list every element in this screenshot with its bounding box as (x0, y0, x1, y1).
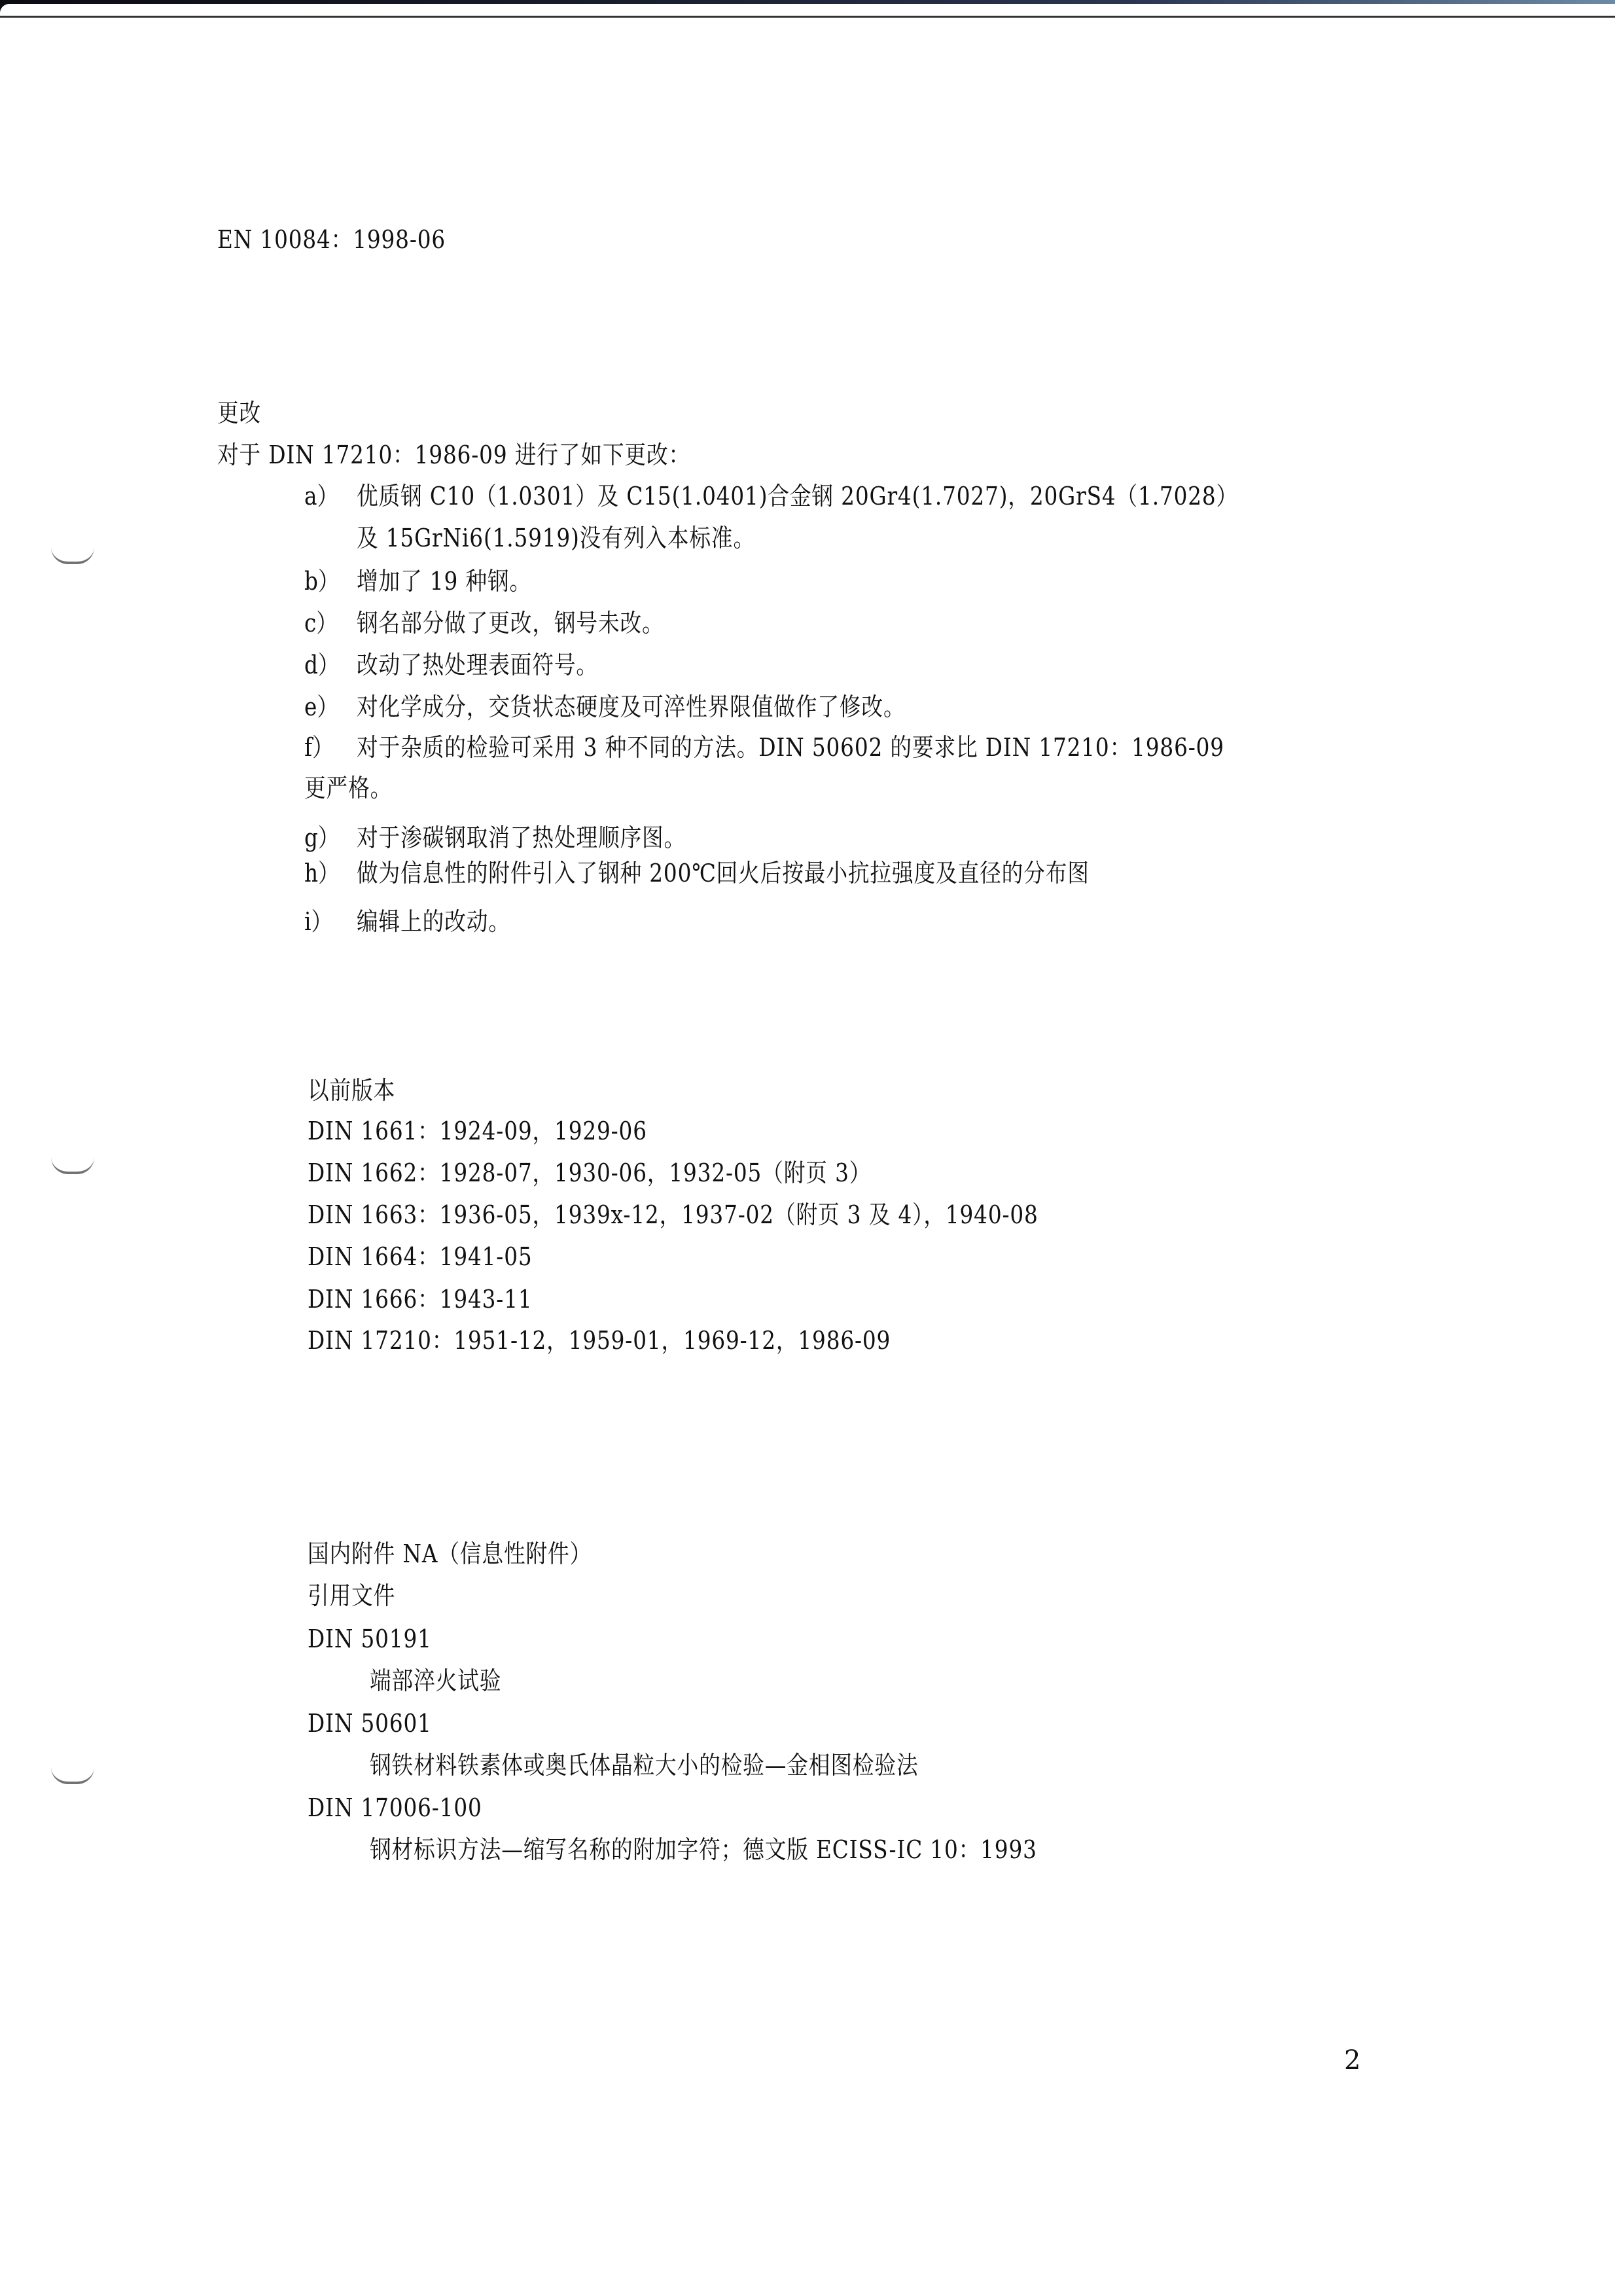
change-item-g: 对于渗碳钢取消了热处理顺序图。 (357, 823, 686, 852)
edition-entry: DIN 1662：1928-07，1930-06，1932-05（附页 3） (308, 1158, 871, 1187)
change-item-d: 改动了热处理表面符号。 (357, 651, 598, 679)
item-marker-f: f） (304, 733, 334, 762)
punch-hole-mark-3 (51, 1767, 94, 1784)
change-item-c: 钢名部分做了更改，钢号未改。 (357, 609, 664, 637)
change-item-h: 做为信息性的附件引入了钢种 200℃回火后按最小抗拉强度及直径的分布图 (357, 859, 1090, 888)
item-marker-h: h） (304, 859, 340, 888)
reference-code: DIN 17006-100 (308, 1793, 482, 1822)
edition-entry: DIN 1666：1943-11 (308, 1285, 533, 1314)
change-item-a-line1: 优质钢 C10（1.0301）及 C15(1.0401)合金钢 20Gr4(1.… (357, 482, 1238, 511)
change-item-e: 对化学成分，交货状态硬度及可淬性界限值做作了修改。 (357, 692, 906, 721)
changes-heading: 更改 (217, 399, 261, 427)
change-item-a-line2: 及 15GrNi6(1.5919)没有列入本标准。 (357, 524, 755, 552)
edition-entry: DIN 1661：1924-09，1929-06 (308, 1117, 647, 1145)
reference-description: 钢铁材料铁素体或奥氏体晶粒大小的检验—金相图检验法 (370, 1751, 919, 1780)
national-annex-heading: 国内附件 NA（信息性附件） (308, 1539, 592, 1568)
item-marker-i: i） (304, 907, 332, 936)
edition-entry: DIN 1663：1936-05，1939x-12，1937-02（附页 3 及… (308, 1200, 1038, 1229)
item-marker-g: g） (304, 823, 340, 852)
changes-intro: 对于 DIN 17210：1986-09 进行了如下更改： (217, 440, 690, 469)
item-marker-c: c） (304, 609, 338, 637)
reference-description: 钢材标识方法—缩写名称的附加字符；德文版 ECISS-IC 10：1993 (370, 1835, 1037, 1864)
document-id: EN 10084：1998-06 (217, 225, 446, 254)
change-item-b: 增加了 19 种钢。 (357, 567, 531, 596)
item-marker-e: e） (304, 692, 338, 721)
item-marker-a: a） (304, 482, 338, 511)
change-item-f-line1: 对于杂质的检验可采用 3 种不同的方法。DIN 50602 的要求比 DIN 1… (357, 733, 1224, 762)
edition-entry: DIN 1664：1941-05 (308, 1242, 533, 1271)
page-number: 2 (1344, 2046, 1360, 2075)
paper-top-edge (0, 4, 1615, 18)
previous-editions-heading: 以前版本 (308, 1076, 395, 1105)
change-item-f-line2: 更严格。 (304, 774, 392, 802)
reference-code: DIN 50601 (308, 1709, 432, 1738)
item-marker-d: d） (304, 651, 340, 679)
punch-hole-mark-1 (51, 547, 94, 564)
edition-entry: DIN 17210：1951-12，1959-01，1969-12，1986-0… (308, 1326, 891, 1355)
punch-hole-mark-2 (51, 1157, 94, 1174)
reference-description: 端部淬火试验 (370, 1666, 501, 1695)
references-heading: 引用文件 (308, 1581, 395, 1610)
item-marker-b: b） (304, 567, 340, 596)
change-item-i: 编辑上的改动。 (357, 907, 510, 936)
reference-code: DIN 50191 (308, 1624, 432, 1653)
